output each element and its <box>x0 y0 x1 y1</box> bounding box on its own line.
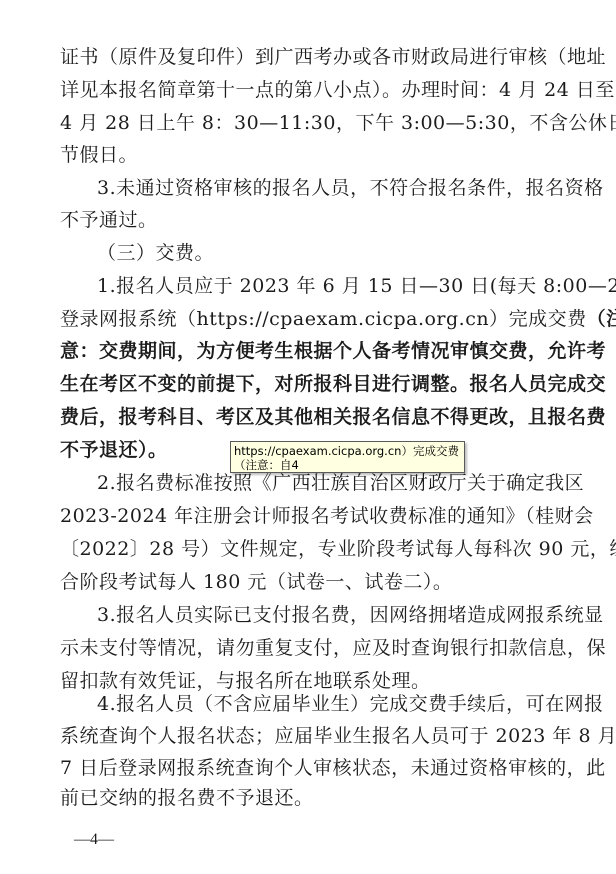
text-line-23: 7 日后登录网报系统查询个人审核状态，未通过资格审核的，此 <box>60 753 568 783</box>
tooltip-line-2: （注意：自4 <box>234 458 461 472</box>
text-line-9-plain: 登录网报系统（https://cpaexam.cicpa.org.cn）完成交费 <box>60 308 587 330</box>
text-line-3: 4 月 28 日上午 8：30—11:30，下午 3:00—5:30，不含公休日… <box>60 108 568 138</box>
link-tooltip: https://cpaexam.cicpa.org.cn）完成交费 （注意：自4 <box>230 441 465 473</box>
text-line-9: 登录网报系统（https://cpaexam.cicpa.org.cn）完成交费… <box>60 304 568 334</box>
text-line-12: 费后，报考科目、考区及其他相关报名信息不得更改，且报名费 <box>60 402 568 432</box>
text-line-10: 意：交费期间，为方便考生根据个人备考情况审慎交费，允许考 <box>60 336 568 366</box>
text-line-8: 1.报名人员应于 2023 年 6 月 15 日—30 日(每天 8:00—20… <box>97 271 568 301</box>
text-line-22: 系统查询个人报名状态；应届毕业生报名人员可于 2023 年 8 月 <box>60 721 568 751</box>
text-line-4: 节假日。 <box>60 140 138 170</box>
text-line-19: 示未支付等情况，请勿重复支付，应及时查询银行扣款信息，保 <box>60 633 568 663</box>
text-line-2: 详见本报名简章第十一点的第八小点）。办理时间：4 月 24 日至 <box>60 75 568 105</box>
text-line-11: 生在考区不变的前提下，对所报科目进行调整。报名人员完成交 <box>60 369 568 399</box>
text-line-5: 3.未通过资格审核的报名人员，不符合报名条件，报名资格 <box>97 173 568 203</box>
text-line-1: 证书（原件及复印件）到广西考办或各市财政局进行审核（地址 <box>60 42 568 72</box>
text-line-16: 〔2022〕28 号）文件规定，专业阶段考试每人每科次 90 元，综 <box>60 534 568 564</box>
tooltip-line-1: https://cpaexam.cicpa.org.cn）完成交费 <box>234 444 461 458</box>
text-line-9-bold: （注 <box>587 308 616 330</box>
section-heading-payment: （三）交费。 <box>97 238 214 268</box>
text-line-6: 不予通过。 <box>60 205 158 235</box>
text-line-21: 4.报名人员（不含应届毕业生）完成交费手续后，可在网报 <box>97 689 568 719</box>
text-line-17: 合阶段考试每人 180 元（试卷一、试卷二）。 <box>60 567 452 597</box>
text-line-15: 2023-2024 年注册会计师报名考试收费标准的通知》（桂财会 <box>60 501 568 531</box>
text-line-18: 3.报名人员实际已支付报名费，因网络拥堵造成网报系统显 <box>97 600 568 630</box>
document-page: 证书（原件及复印件）到广西考办或各市财政局进行审核（地址 详见本报名简章第十一点… <box>0 0 616 874</box>
page-number: —4— <box>74 828 114 852</box>
text-line-13: 不予退还）。 <box>60 435 168 465</box>
text-line-24: 前已交纳的报名费不予退还。 <box>60 783 314 813</box>
